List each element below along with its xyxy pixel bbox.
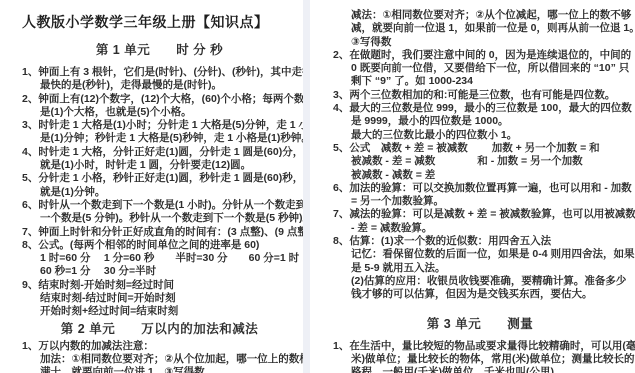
text-line: 1、万以内数的加减法注意： bbox=[22, 340, 297, 353]
text-line: 是(1)个大格，也就是(5)个小格。 bbox=[22, 106, 297, 119]
text-line: 8、公式。(每两个相邻的时间单位之间的进率是 60) bbox=[22, 239, 297, 252]
section-heading: 第 2 单元 万以内的加法和减法 bbox=[22, 321, 297, 337]
text-line: 减法：①相同数位要对齐；②从个位减起，哪一位上的数不够 bbox=[333, 9, 627, 22]
text-line: 开始时刻+经过时间=结束时刻 bbox=[22, 305, 297, 318]
text-line: 就是(1)小时，时针走 1 圆，分针要走(12)圆。 bbox=[22, 159, 297, 172]
left-page-content: 第 1 单元 时 分 秒1、钟面上有 3 根针，它们是(时针)、(分针)、(秒针… bbox=[22, 42, 297, 373]
text-line: ③写得数 bbox=[333, 36, 627, 49]
section-heading: 第 1 单元 时 分 秒 bbox=[22, 42, 297, 58]
text-line: 8、估算：(1)求一个数的近似数：用四舍五入法 bbox=[333, 235, 627, 248]
text-line: 3、两个三位数相加的和:可能是三位数，也有可能是四位数。 bbox=[333, 89, 627, 102]
text-line: = 另一个加数验算。 bbox=[333, 195, 627, 208]
text-line: 9、结束时刻-开始时刻=经过时间 bbox=[22, 279, 297, 292]
text-line: 0 既要向前一位借，又要借给下一位，所以借回来的 “10” 只 bbox=[333, 62, 627, 75]
text-line: 就是(1)分钟。 bbox=[22, 186, 297, 199]
text-line: 一个数是(5 分钟)。秒针从一个数走到下一个数是(5 秒钟)。 bbox=[22, 212, 297, 225]
text-line: 减，就要向前一位退 1，如果前一位是 0，则再从前一位退 1。 bbox=[333, 22, 627, 35]
text-line: 7、减法的验算：可以是减数 + 差 = 被减数验算，也可以用被减数 bbox=[333, 208, 627, 221]
text-line: 3、时针走 1 大格是(1)小时；分针走 1 大格是(5)分钟，走 1 小格 bbox=[22, 119, 297, 132]
text-line: 4、最大的三位数是位 999，最小的三位数是 100，最大的四位数 bbox=[333, 102, 627, 115]
text-line: (2)估算的应用：收银员收钱要准确，要精确计算。准备多少 bbox=[333, 275, 627, 288]
text-line: 7、钟面上时针和分针正好成直角的时间有：(3 点整)、(9 点整)。 bbox=[22, 226, 297, 239]
text-line: 2、在做题时，我们要注意中间的 0，因为是连续退位的，中间的 bbox=[333, 49, 627, 62]
text-line: 被减数 - 差 = 减数 和 - 加数 = 另一个加数 bbox=[333, 155, 627, 168]
text-line: 6、时针从一个数走到下一个数是(1 小时)。分针从一个数走到下 bbox=[22, 199, 297, 212]
text-line: 1、钟面上有 3 根针，它们是(时针)、(分针)、(秒针)，其中走得 bbox=[22, 66, 297, 79]
text-line: 结束时刻-结过时间=开始时刻 bbox=[22, 292, 297, 305]
text-line: 60 秒=1 分 30 分=半时 bbox=[22, 265, 297, 278]
text-line: 被减数 - 减数 = 差 bbox=[333, 169, 627, 182]
text-line: 是(1)分钟；秒针走 1 大格是(5)秒钟，走 1 小格是(1)秒钟。 bbox=[22, 132, 297, 145]
right-page-content: 减法：①相同数位要对齐；②从个位减起，哪一位上的数不够减，就要向前一位退 1，如… bbox=[333, 9, 627, 373]
text-line: 加法：①相同数位要对齐；②从个位加起，哪一位上的数相加 bbox=[22, 353, 297, 366]
text-line: 最大的三位数比最小的四位数小 1。 bbox=[333, 129, 627, 142]
text-line: 满十，就要向前一位进 1，③写得数 bbox=[22, 366, 297, 373]
text-line: 5、分针走 1 小格，秒针正好走(1)圆，秒针走 1 圆是(60)秒，也 bbox=[22, 172, 297, 185]
text-line: 米)做单位；量比较长的物体，常用(米)做单位；测量比较长的 bbox=[333, 353, 627, 366]
document-view: 人教版小学数学三年级上册【知识点】 第 1 单元 时 分 秒1、钟面上有 3 根… bbox=[0, 0, 635, 373]
text-line: 1、在生活中，量比较短的物品或要求量得比较精确时，可以用(毫 bbox=[333, 340, 627, 353]
section-heading: 第 3 单元 测量 bbox=[333, 316, 627, 332]
page-right: 减法：①相同数位要对齐；②从个位减起，哪一位上的数不够减，就要向前一位退 1，如… bbox=[310, 0, 635, 373]
text-line: 1 时=60 分 1 分=60 秒 半时=30 分 60 分=1 时 bbox=[22, 252, 297, 265]
text-line: 钱才够的可以估算，但因为是交钱买东西，要估大。 bbox=[333, 288, 627, 301]
text-line: 6、加法的验算：可以交换加数位置再算一遍，也可以用和 - 加数 bbox=[333, 182, 627, 195]
text-line: 4、时针走 1 大格，分针正好走(1)圆，分针走 1 圆是(60)分，也 bbox=[22, 146, 297, 159]
text-line: 剩下 “9” 了。如 1000-234 bbox=[333, 75, 627, 88]
document-title: 人教版小学数学三年级上册【知识点】 bbox=[22, 12, 297, 32]
text-line: 5、公式 减数 + 差 = 被减数 加数 + 另一个加数 = 和 bbox=[333, 142, 627, 155]
text-line: 路程，一般用(千米)做单位，千米也叫(公里) bbox=[333, 366, 627, 373]
text-line: 2、钟面上有(12)个数字，(12)个大格，(60)个小格；每两个数间 bbox=[22, 93, 297, 106]
text-line: - 差 = 减数验算。 bbox=[333, 222, 627, 235]
page-left: 人教版小学数学三年级上册【知识点】 第 1 单元 时 分 秒1、钟面上有 3 根… bbox=[0, 0, 303, 373]
text-line: 记忆：看保留位数的后面一位，如果是 0-4 则用四舍法，如果 bbox=[333, 248, 627, 261]
text-line: 是 9999，最小的四位数是 1000。 bbox=[333, 115, 627, 128]
text-line: 最快的是(秒针)，走得最慢的是(时针)。 bbox=[22, 79, 297, 92]
page-gap-divider bbox=[303, 0, 310, 373]
text-line: 是 5-9 就用五入法。 bbox=[333, 262, 627, 275]
